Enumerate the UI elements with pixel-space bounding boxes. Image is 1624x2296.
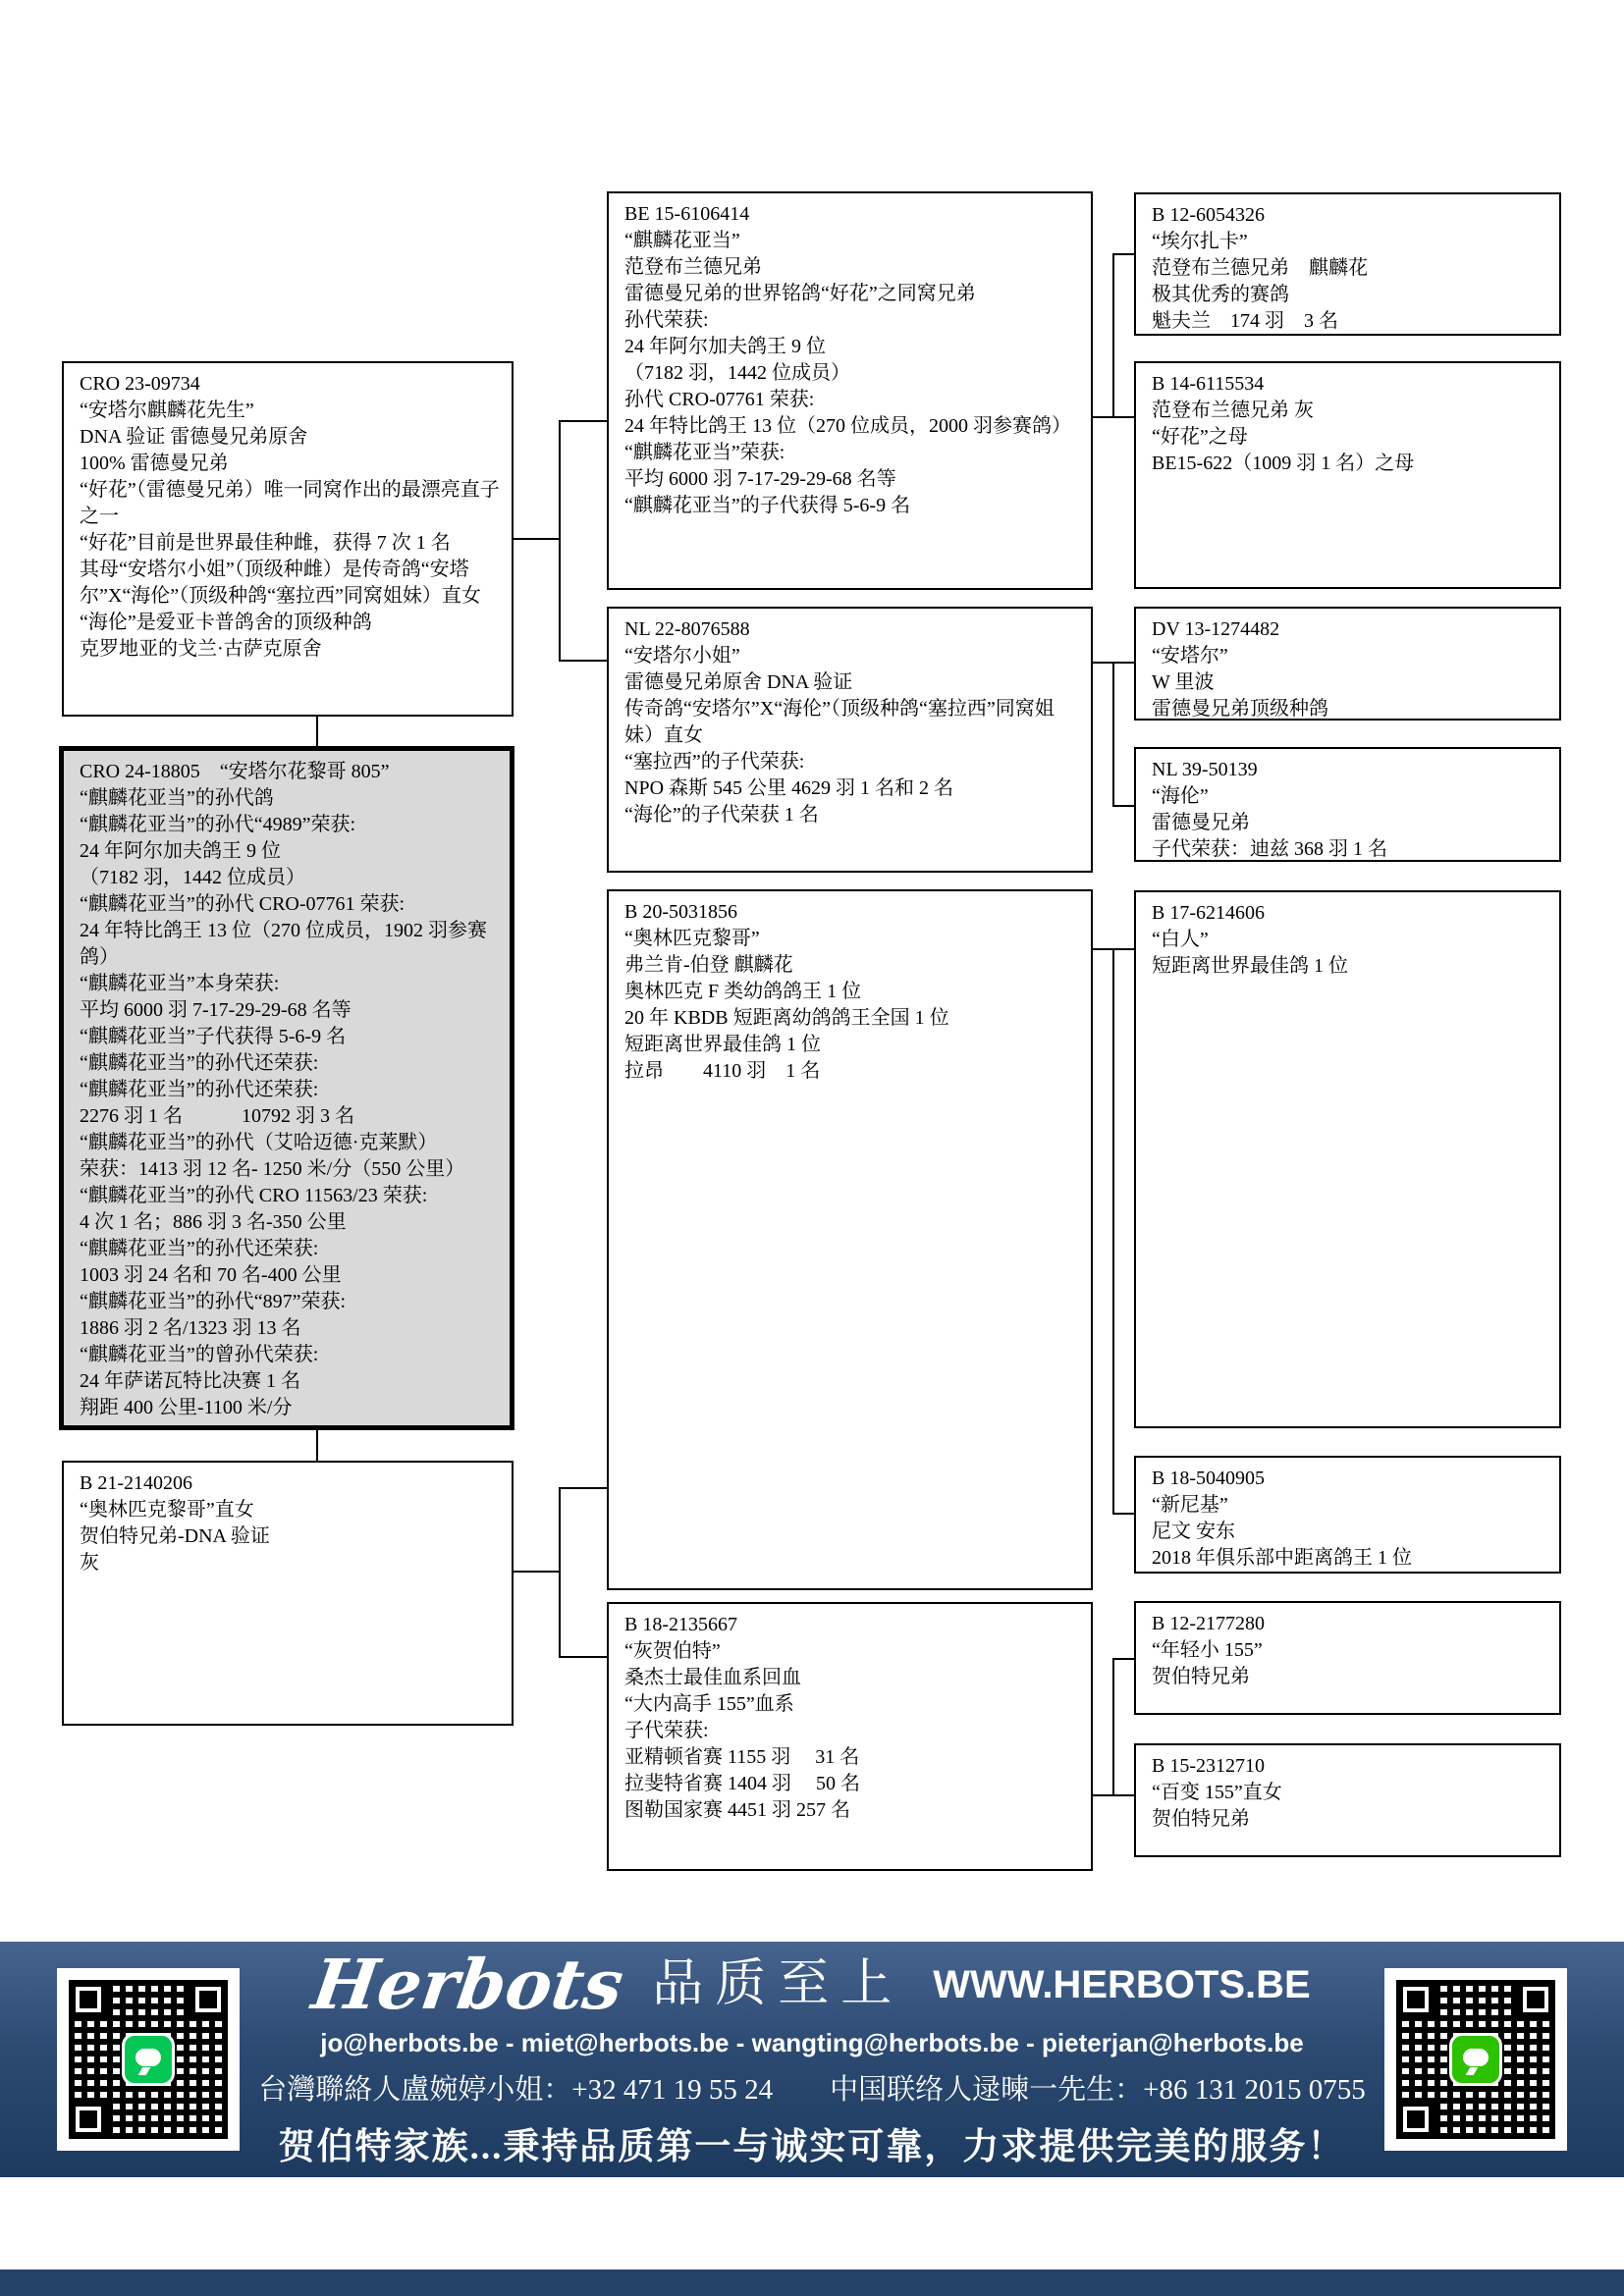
brand-slogan-cn: 品质至上 [652,1959,903,2010]
qr-finder [69,2100,108,2139]
pedigree-box-dam-dam-dam: B 15-2312710“百变 155”直女贺伯特兄弟 [1134,1743,1561,1857]
box-text: B 17-6214606“白人”短距离世界最佳鸽 1 位 [1152,900,1549,980]
connector-line [1112,1658,1134,1660]
box-text: BE 15-6106414“麒麟花亚当”范登布兰德兄弟雷德曼兄弟的世界铭鸽“好花… [624,201,1081,519]
pedigree-box-dam: B 21-2140206“奥林匹克黎哥”直女贺伯特兄弟-DNA 验证灰 [62,1461,514,1726]
box-text: B 12-2177280“年轻小 155”贺伯特兄弟 [1152,1611,1549,1690]
connector-line [1112,1658,1114,1796]
wechat-icon [1449,2033,1502,2086]
website-url: WWW.HERBOTS.BE [933,1965,1310,2004]
box-text: B 15-2312710“百变 155”直女贺伯特兄弟 [1152,1753,1549,1833]
pedigree-box-sire-dam: NL 22-8076588“安塔尔小姐”雷德曼兄弟原舍 DNA 验证传奇鸽“安塔… [607,607,1093,873]
brand-row: Herbots 品质至上 WWW.HERBOTS.BE [313,1950,1310,2019]
qr-finder [1396,1980,1435,2019]
pedigree-box-sire-dam-sire: DV 13-1274482“安塔尔”W 里波雷德曼兄弟顶级种鸽 [1134,607,1561,721]
connector-line [559,420,561,662]
box-text: NL 39-50139“海伦”雷德曼兄弟子代荣获：迪兹 368 羽 1 名 [1152,757,1549,862]
connector-line [1112,253,1134,255]
qr-finder [189,1980,228,2019]
pedigree-box-dam-sire-sire: B 17-6214606“白人”短距离世界最佳鸽 1 位 [1134,890,1561,1428]
connector-line [514,538,560,540]
pedigree-box-main: CRO 24-18805 “安塔尔花黎哥 805”“麒麟花亚当”的孙代鸽“麒麟花… [59,746,514,1430]
box-text: B 20-5031856“奥林匹克黎哥”弗兰肯-伯登 麒麟花奥林匹克 F 类幼鸽… [624,899,1081,1085]
connector-line [1112,805,1134,807]
pedigree-box-sire-dam-dam: NL 39-50139“海伦”雷德曼兄弟子代荣获：迪兹 368 羽 1 名 [1134,747,1561,862]
connector-line [559,1487,561,1658]
connector-line [316,1430,318,1461]
pedigree-box-sire-sire-sire: B 12-6054326“埃尔扎卡”范登布兰德兄弟 麒麟花极其优秀的赛鸽魁夫兰 … [1134,192,1561,336]
bottom-strip [0,2269,1624,2296]
box-text: CRO 23-09734“安塔尔麒麟花先生”DNA 验证 雷德曼兄弟原舍100%… [80,371,502,663]
herbots-logo: Herbots [308,1950,627,2019]
pedigree-page: CRO 23-09734“安塔尔麒麟花先生”DNA 验证 雷德曼兄弟原舍100%… [0,0,1624,2296]
connector-line [1112,253,1114,418]
connector-line [316,717,318,746]
footer-center: Herbots 品质至上 WWW.HERBOTS.BE jo@herbots.b… [240,1950,1384,2169]
pedigree-box-dam-dam-sire: B 12-2177280“年轻小 155”贺伯特兄弟 [1134,1601,1561,1715]
box-text: B 18-2135667“灰贺伯特”桑杰士最佳血系回血“大内高手 155”血系子… [624,1612,1081,1824]
box-text: B 14-6115534范登布兰德兄弟 灰“好花”之母BE15-622（1009… [1152,371,1549,477]
connector-line [514,1571,560,1573]
box-text: CRO 24-18805 “安塔尔花黎哥 805”“麒麟花亚当”的孙代鸽“麒麟花… [80,759,500,1421]
line-icon [122,2033,175,2086]
footer-slogan: 贺伯特家族...秉持品质第一与诚实可靠，力求提供完美的服务！ [279,2116,1346,2169]
contact-phones: 台灣聯絡人盧婉婷小姐：+32 471 19 55 24 中国联络人逯暕一先生：+… [258,2067,1365,2108]
box-text: B 21-2140206“奥林匹克黎哥”直女贺伯特兄弟-DNA 验证灰 [80,1470,502,1576]
qr-finder [69,1980,108,2019]
line-qr-code [57,1968,240,2151]
connector-line [559,420,607,422]
box-text: B 12-6054326“埃尔扎卡”范登布兰德兄弟 麒麟花极其优秀的赛鸽魁夫兰 … [1152,202,1549,335]
connector-line [559,1487,607,1489]
connector-line [1112,948,1114,1515]
connector-line [1112,1513,1134,1515]
connector-line [1112,662,1114,807]
box-text: NL 22-8076588“安塔尔小姐”雷德曼兄弟原舍 DNA 验证传奇鸽“安塔… [624,616,1081,828]
pedigree-box-sire: CRO 23-09734“安塔尔麒麟花先生”DNA 验证 雷德曼兄弟原舍100%… [62,361,514,717]
pedigree-box-sire-sire-dam: B 14-6115534范登布兰德兄弟 灰“好花”之母BE15-622（1009… [1134,361,1561,589]
qr-finder [1396,2100,1435,2139]
connector-line [559,1656,607,1658]
pedigree-box-dam-dam: B 18-2135667“灰贺伯特”桑杰士最佳血系回血“大内高手 155”血系子… [607,1602,1093,1871]
qr-finder [1516,1980,1555,2019]
pedigree-box-sire-sire: BE 15-6106414“麒麟花亚当”范登布兰德兄弟雷德曼兄弟的世界铭鸽“好花… [607,191,1093,590]
contact-emails: jo@herbots.be - miet@herbots.be - wangti… [320,2028,1303,2058]
connector-line [559,660,607,662]
box-text: B 18-5040905“新尼基”尼文 安东2018 年俱乐部中距离鸽王 1 位 [1152,1466,1549,1572]
box-text: DV 13-1274482“安塔尔”W 里波雷德曼兄弟顶级种鸽 [1152,616,1549,721]
footer-banner: Herbots 品质至上 WWW.HERBOTS.BE jo@herbots.b… [0,1942,1624,2177]
pedigree-box-dam-sire: B 20-5031856“奥林匹克黎哥”弗兰肯-伯登 麒麟花奥林匹克 F 类幼鸽… [607,889,1093,1590]
pedigree-box-dam-sire-dam: B 18-5040905“新尼基”尼文 安东2018 年俱乐部中距离鸽王 1 位 [1134,1456,1561,1574]
wechat-qr-code [1384,1968,1567,2151]
